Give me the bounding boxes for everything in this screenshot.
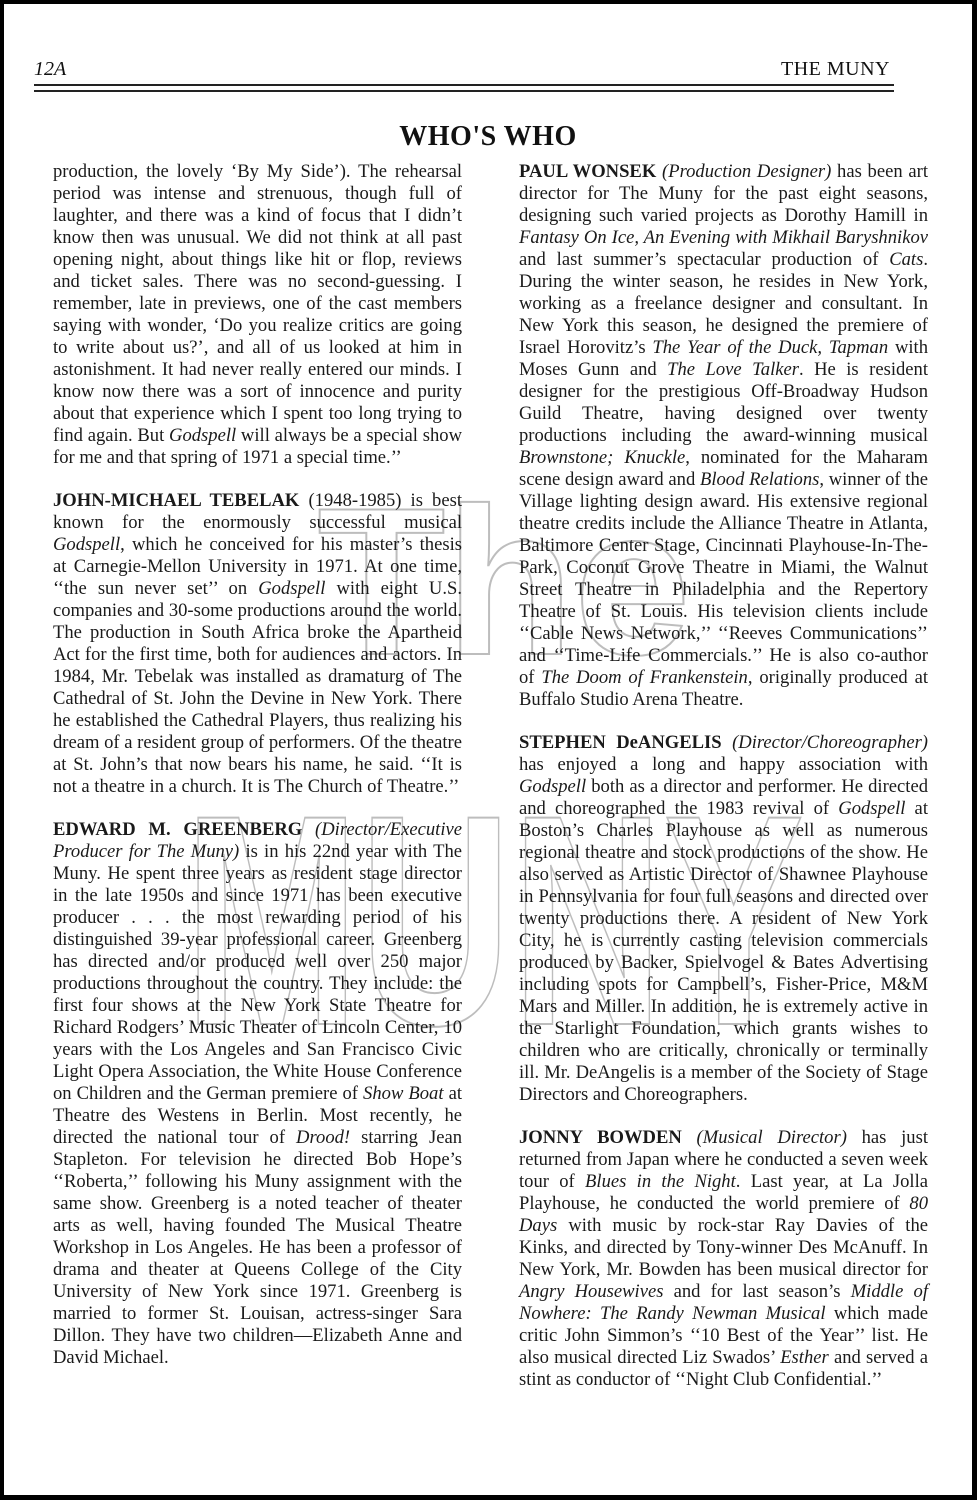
header-rule-top	[34, 84, 894, 86]
bio-role: (Director/Choreographer)	[722, 732, 928, 753]
bio-role: (Musical Director)	[682, 1127, 847, 1148]
bio-greenberg: EDWARD M. GREENBERG (Director/Executive …	[53, 819, 462, 1369]
page-number: 12A	[34, 58, 66, 81]
publication-name: THE MUNY	[781, 58, 890, 81]
right-column: PAUL WONSEK (Production Designer) has be…	[519, 161, 928, 1412]
bio-name: STEPHEN DeANGELIS	[519, 732, 722, 753]
bio-tebelak: JOHN-MICHAEL TEBELAK (1948-1985) is best…	[53, 490, 462, 798]
bio-name: PAUL WONSEK	[519, 161, 656, 182]
bio-deangelis: STEPHEN DeANGELIS (Director/Choreographe…	[519, 732, 928, 1106]
bio-name: JONNY BOWDEN	[519, 1127, 682, 1148]
program-page: 12A THE MUNY WHO'S WHO The MUNY producti…	[4, 4, 972, 1495]
bio-name: EDWARD M. GREENBERG	[53, 819, 302, 840]
running-head: 12A THE MUNY	[34, 58, 890, 84]
section-title: WHO'S WHO	[4, 121, 972, 153]
bio-role: (Production Designer)	[656, 161, 831, 182]
bio-wonsek: PAUL WONSEK (Production Designer) has be…	[519, 161, 928, 711]
bio-continued-paragraph: production, the lovely ‘By My Side’). Th…	[53, 161, 462, 469]
left-column: production, the lovely ‘By My Side’). Th…	[53, 161, 462, 1390]
bio-bowden: JONNY BOWDEN (Musical Director) has just…	[519, 1127, 928, 1391]
header-rule-bottom	[34, 90, 894, 92]
bio-name: JOHN-MICHAEL TEBELAK	[53, 490, 299, 511]
